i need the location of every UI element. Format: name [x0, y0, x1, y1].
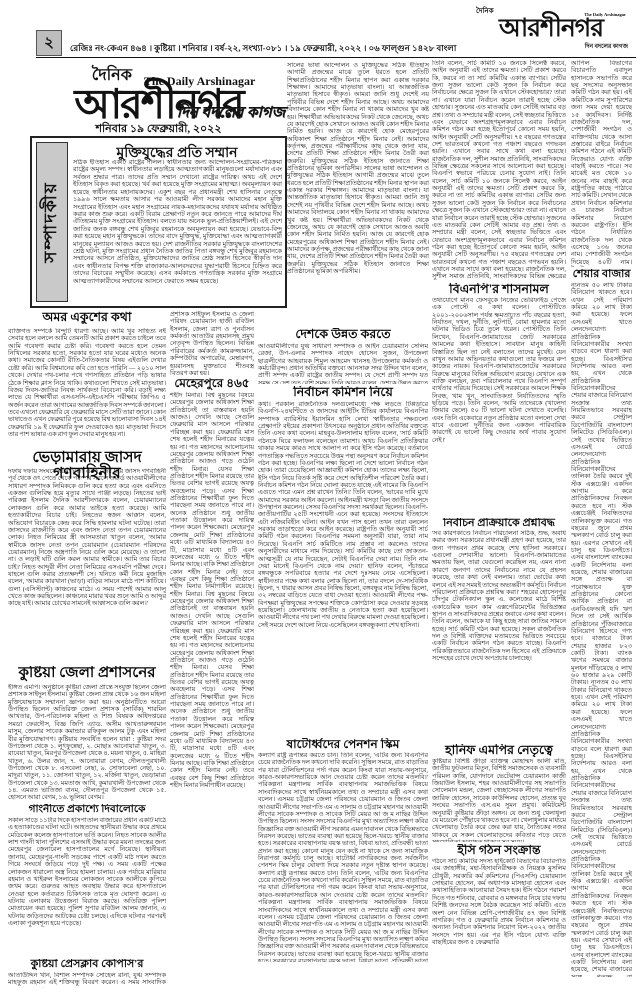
- article-meherpur-headline: মেহেরপুরে ৪৬৫: [167, 377, 257, 390]
- article-bnp-headline: বিএনপি'র শাসনামল: [432, 283, 566, 296]
- article-kushtia-jela-body: ইঙ্গিত এমপি। অনুষ্ঠানে কুষ্টিয়া জেলা প্…: [8, 684, 166, 802]
- article-pension-body: কল্যাণ রাষ্ট্র রূপান্তর করতে চান। তিনি ব…: [258, 752, 428, 962]
- article-gangni-body: সকাল সাড়ে ১১টার দিকে হাসপাতাল বাজারের প…: [8, 817, 166, 957]
- article-isi-headline: ইসি গঠন সংক্রান্ত: [432, 844, 566, 857]
- article-col5-top-body: আপিল বিভাগের বিচারপতি এবাদুল হাসানকে সভা…: [571, 60, 632, 267]
- article-prosnobiddho-body: 'সব কারণকাণ্ডে নির্বাচন পরিচালনা সঠিক, শ…: [432, 530, 566, 742]
- brand-name: আরশীনগর: [466, 17, 636, 41]
- article-nirbachon-headline: নির্বাচন কমিশন নিয়ে: [258, 386, 428, 399]
- editorial-box: সম্পাদকীয় মুক্তিযুদ্ধের প্রতি সম্মান সঠ…: [30, 136, 287, 308]
- article-col3-top-body: সালের ভাষা আন্দোলন ও মুক্তিযুদ্ধের সঠিক …: [287, 62, 429, 308]
- editorial-section-label: সম্পাদকীয়: [38, 181, 66, 263]
- article-share-bazar-headline: শেয়ার বাজার: [571, 269, 632, 281]
- article-pressclub-headline: কুষ্টিয়া প্রেসক্লাব কেপিসি'র: [8, 959, 166, 971]
- brand-logo: দৈনিক The Daily Arshinagar আরশীনগর দিন ব…: [466, 5, 636, 52]
- article-col4-top-body: তিনি বলেন, সার্চ কমিটি ১০ জনকে সিলেক্ট ক…: [432, 60, 566, 281]
- article-nirbachon-body: কথা। পরকাল রাজনৈতিক দলগুলোমধ্যে পক্ষ লড়…: [258, 401, 428, 736]
- brand-daily-label: দৈনিক: [476, 5, 494, 17]
- article-amor-body: ব্যক্তিগত সম্পর্কে বিন্দুটি ধারণা আছে। আ…: [8, 328, 166, 448]
- article-isi-body: গঠনে সার্চ কমিটির সদস্য হাইকোর্ট বিভাগের…: [432, 858, 566, 966]
- page-number-badge: ২: [36, 30, 62, 56]
- article-pressclub-body: আতাউদ্দিন খান, বিশাল সম্পাদক সোহেল রানা,…: [8, 972, 166, 988]
- article-prosnobiddho-headline: নির্বাচন প্রক্রিয়াকে প্রশ্নবিদ্ধ: [432, 518, 566, 530]
- editorial-body: সঠিক ইতিহাস একটি রাষ্ট্রের দলিল। স্বাধীন…: [73, 159, 282, 304]
- header-divider: [36, 57, 636, 58]
- article-bnp-body: তথ্যযোগে মানব ফেসবুকে নিজের ভেরিফাইড পেজ…: [432, 297, 566, 516]
- page-number: ২: [44, 31, 54, 56]
- article-col2-tail-body: প্রশাসক সাইফুল ইসলাম ও জেলা পরিষদ চেয়ার…: [170, 311, 254, 375]
- article-gangni-headline: গাংনীতে প্রকাশ্যে দিবালোকে: [8, 804, 166, 815]
- article-hanif-body: কুষ্টিয়ার বিশিষ্ট ক্রীড়া ব্যক্তিত্ব মো…: [432, 758, 566, 842]
- article-bheramara-body: দফায় দফায় সংঘর্ষে ঘটনা ঘটি। একই জের ধর…: [8, 468, 166, 664]
- masthead: দৈনিক The Daily Arshinagar আরশীনগর দিন ব…: [30, 62, 287, 118]
- article-share-bazar-body: ন্যূনতম ৫০ লাখ টাকার বিনিয়োগ থাকতে হবে।…: [571, 282, 632, 977]
- article-pension-headline: ষাটোর্ধ্বদের পেনশন স্কিম: [258, 738, 428, 751]
- article-hanif-headline: হানিফ এমপির নেতৃত্বে: [432, 744, 566, 757]
- newspaper-page: ২ রেজিঃ নং-কেএন ৪৬৪ । কুষ্টিয়া । শনিবার…: [0, 0, 640, 1005]
- brand-tagline: দিন বদলের কাগজ: [466, 41, 636, 52]
- article-kushtia-jela-headline: কুষ্টিয়া জেলা প্রশাসনের: [8, 666, 166, 682]
- editorial-section-strip: সম্পাদকীয়: [36, 142, 68, 302]
- article-amor-headline: অমর একুশের কথা: [8, 311, 166, 324]
- article-meherpur-body: শহীদ মিনার। বিশ্ব মুছনের বিষয়ে মেহেরপুর…: [170, 392, 254, 958]
- article-deshke-headline: দেশকে উন্নত করতে: [258, 328, 428, 341]
- edition-line: রেজিঃ নং-কেএন ৪৬৪ । কুষ্টিয়া । শনিবার ।…: [70, 42, 460, 56]
- article-deshke-body: আওয়ামীলীগের যুগ্ম সাধারণ সম্পাদক ও আইন …: [258, 343, 428, 384]
